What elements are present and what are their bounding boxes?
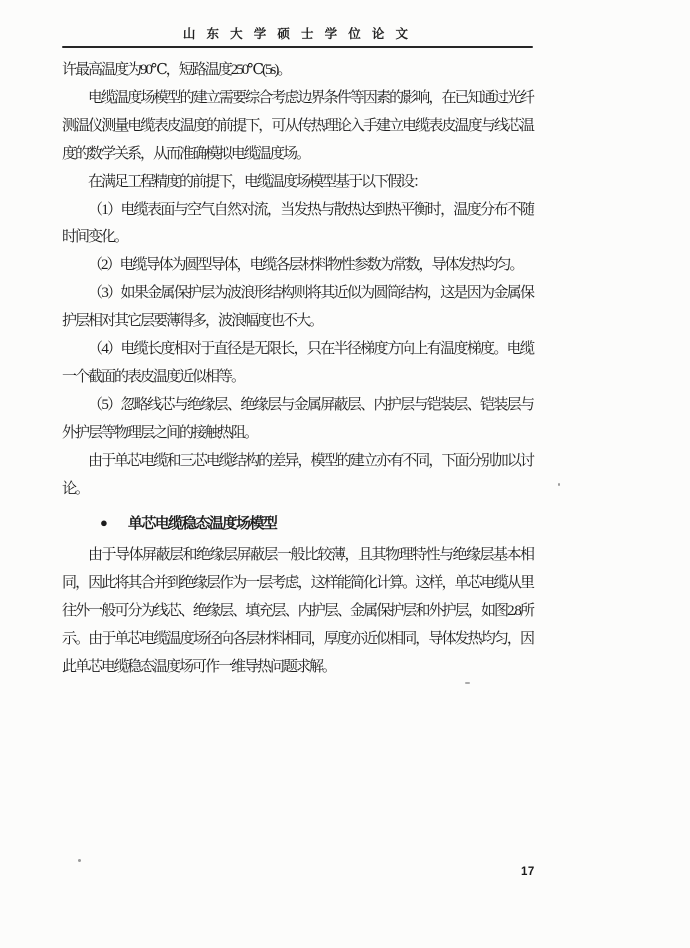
paragraph: （3）如果金属保护层为波浪形结构则将其近似为圆筒结构，这是因为金属保护层相对其它… xyxy=(62,280,533,336)
scan-speck xyxy=(558,483,560,486)
section-heading: ●单芯电缆稳态温度场模型 xyxy=(62,510,533,539)
running-header-title: 山 东 大 学 硕 士 学 位 论 文 xyxy=(62,24,533,42)
paragraph: 许最高温度为90℃，短路温度250℃(5s)。 xyxy=(62,57,533,85)
paragraph: （5）忽略线芯与绝缘层、绝缘层与金属屏蔽层、内护层与铠装层、铠装层与外护层等物理… xyxy=(62,392,533,448)
bullet-icon: ● xyxy=(100,509,108,537)
thesis-scanned-page: 山 东 大 学 硕 士 学 位 论 文 许最高温度为90℃，短路温度250℃(5… xyxy=(0,0,690,948)
paragraph: 由于单芯电缆和三芯电缆结构的差异，模型的建立亦有不同，下面分别加以讨论。 xyxy=(62,448,533,504)
paragraph: 电缆温度场模型的建立需要综合考虑边界条件等因素的影响，在已知通过光纤测温仪测量电… xyxy=(62,85,533,169)
page-body-text: 许最高温度为90℃，短路温度250℃(5s)。电缆温度场模型的建立需要综合考虑边… xyxy=(62,57,533,682)
paragraph: 在满足工程精度的前提下，电缆温度场模型基于以下假设： xyxy=(62,169,533,197)
paragraph: 由于导体屏蔽层和绝缘层屏蔽层一般比较薄，且其物理特性与绝缘层基本相同，因此将其合… xyxy=(62,542,533,682)
paragraph: （4）电缆长度相对于直径是无限长，只在半径梯度方向上有温度梯度。电缆一个截面的表… xyxy=(62,336,533,392)
scan-speck xyxy=(465,682,470,684)
header-divider-rule xyxy=(62,46,533,48)
paragraph: （1）电缆表面与空气自然对流，当发热与散热达到热平衡时，温度分布不随时间变化。 xyxy=(62,197,533,253)
page-number: 17 xyxy=(521,866,535,878)
scan-speck xyxy=(78,859,81,862)
section-heading-text: 单芯电缆稳态温度场模型 xyxy=(128,516,277,532)
paragraph: （2）电缆导体为圆型导体，电缆各层材料物性参数为常数，导体发热均匀。 xyxy=(62,252,533,280)
